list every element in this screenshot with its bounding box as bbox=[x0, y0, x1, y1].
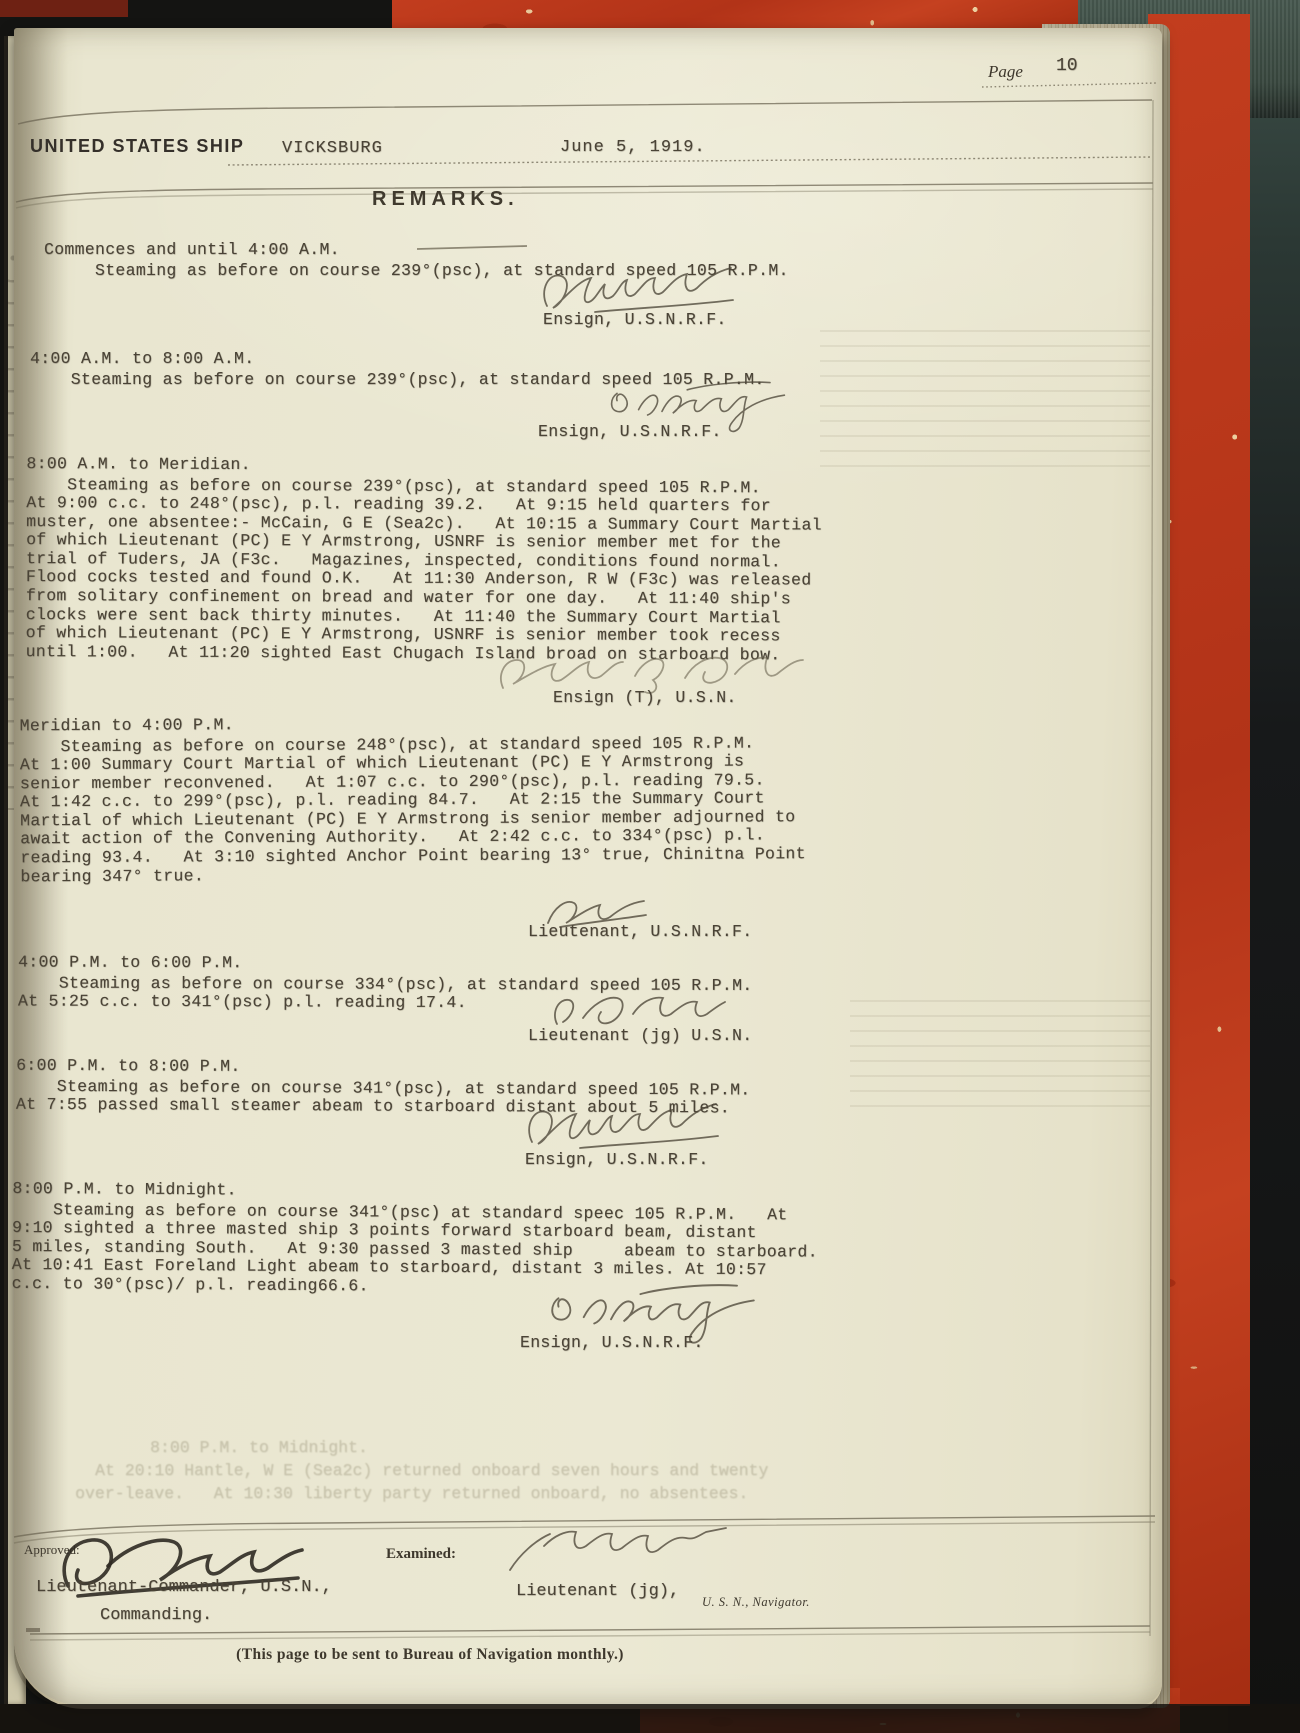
signature-rank: Lieutenant (jg) U.S.N. bbox=[528, 1026, 752, 1045]
page-label: Page bbox=[988, 62, 1023, 82]
approved-rank-line2: Commanding. bbox=[100, 1606, 212, 1625]
approved-rank-line1: Lieutenant-Commander, U.S.N., bbox=[36, 1578, 332, 1597]
entry-body: Steaming as before on course 334°(psc), … bbox=[18, 974, 898, 1014]
entry-body: Steaming as before on course 341°(psc), … bbox=[16, 1077, 896, 1119]
entry-heading: Meridian to 4:00 P.M. bbox=[20, 712, 900, 736]
log-entry-1600: 4:00 P.M. to 6:00 P.M. Steaming as befor… bbox=[18, 952, 898, 1014]
remarks-title: REMARKS. bbox=[372, 188, 519, 211]
log-entry-0800: 8:00 A.M. to Meridian. Steaming as befor… bbox=[26, 454, 907, 665]
log-entry-1800: 6:00 P.M. to 8:00 P.M. Steaming as befor… bbox=[16, 1056, 896, 1119]
log-entry-2000: 8:00 P.M. to Midnight. Steaming as befor… bbox=[12, 1179, 893, 1300]
bleedthrough-text: over-leave. At 10:30 liberty party retur… bbox=[75, 1484, 748, 1503]
log-date: June 5, 1919. bbox=[560, 138, 706, 157]
signature-rank: Lieutenant, U.S.N.R.F. bbox=[528, 922, 752, 941]
examined-label: Examined: bbox=[386, 1546, 456, 1563]
examined-navigator: U. S. N., Navigator. bbox=[702, 1595, 810, 1610]
log-entry-0000: Commences and until 4:00 A.M. Steaming a… bbox=[44, 240, 924, 280]
entry-body: Steaming as before on course 248°(psc), … bbox=[20, 733, 901, 886]
bleedthrough-text: 8:00 P.M. to Midnight. bbox=[150, 1438, 368, 1457]
bleedthrough-smudge bbox=[820, 330, 1150, 480]
signature-rank: Ensign, U.S.N.R.F. bbox=[525, 1150, 709, 1169]
form-number-mark bbox=[26, 1628, 40, 1632]
entry-heading: 6:00 P.M. to 8:00 P.M. bbox=[16, 1056, 896, 1080]
signature-scrawl-navigator bbox=[500, 1520, 730, 1585]
signature-rank: Ensign, U.S.N.R.F. bbox=[543, 310, 727, 329]
entry-heading: 4:00 A.M. to 8:00 A.M. bbox=[30, 349, 910, 368]
entry-heading: 8:00 A.M. to Meridian. bbox=[26, 454, 906, 477]
bleedthrough-smudge bbox=[850, 1000, 1150, 1120]
entry-body: Steaming as before on course 239°(psc), … bbox=[26, 476, 907, 666]
entry-heading: 4:00 P.M. to 6:00 P.M. bbox=[18, 952, 898, 974]
signature-scrawl-commander bbox=[48, 1526, 308, 1616]
page-number: 10 bbox=[1056, 56, 1078, 76]
signature-rank: Ensign (T), U.S.N. bbox=[553, 688, 737, 707]
bureau-note: (This page to be sent to Bureau of Navig… bbox=[160, 1646, 700, 1664]
ship-name: VICKSBURG bbox=[282, 139, 383, 158]
log-entry-meridian: Meridian to 4:00 P.M. Steaming as before… bbox=[20, 712, 901, 887]
logbook-photo: Page 10 UNITED STATES SHIP VICKSBURG Jun… bbox=[0, 0, 1300, 1733]
signature-rank: Ensign, U.S.N.R.F. bbox=[538, 422, 722, 441]
ship-label: UNITED STATES SHIP bbox=[30, 136, 244, 157]
entry-body: Steaming as before on course 239°(psc), … bbox=[44, 262, 924, 281]
bleedthrough-text: At 20:10 Hantle, W E (Sea2c) returned on… bbox=[95, 1461, 768, 1480]
signature-rank: Ensign, U.S.N.R.F. bbox=[520, 1333, 704, 1352]
entry-heading: Commences and until 4:00 A.M. bbox=[44, 240, 924, 259]
entry-body: Steaming as before on course 341°(psc) a… bbox=[12, 1200, 893, 1299]
examined-rank: Lieutenant (jg), bbox=[516, 1582, 679, 1601]
